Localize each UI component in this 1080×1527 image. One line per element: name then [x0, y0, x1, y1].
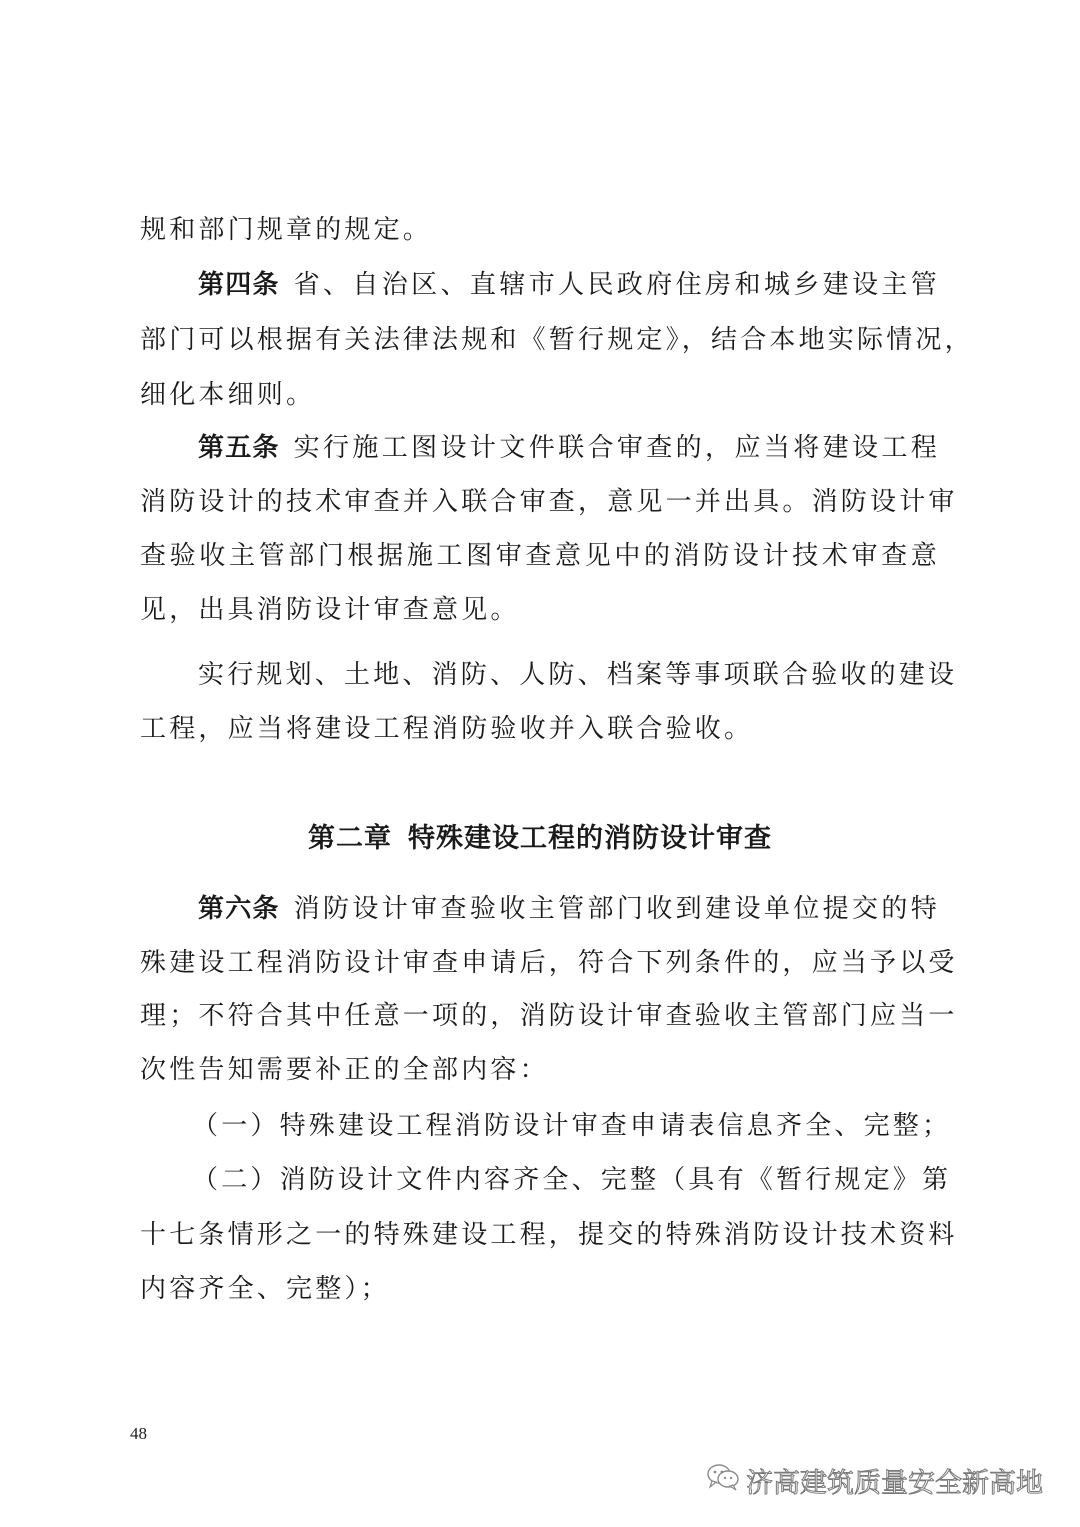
line-text: 规和部门规章的规定。: [140, 215, 432, 245]
document-page: 规和部门规章的规定。 第四条省、自治区、直辖市人民政府住房和城乡建设主管 部门可…: [0, 0, 1080, 1527]
chapter-heading: 第二章特殊建设工程的消防设计审查: [0, 821, 1080, 857]
line-text: 部门可以根据有关法律法规和《暂行规定》，结合本地实际情况，: [140, 325, 974, 355]
list-item-1: （一）特殊建设工程消防设计审查申请表信息齐全、完整；: [192, 1109, 940, 1143]
line-text: （一）特殊建设工程消防设计审查申请表信息齐全、完整；: [192, 1111, 951, 1141]
paragraph-line: 次性告知需要补正的全部内容：: [140, 1053, 940, 1087]
paragraph-line: 部门可以根据有关法律法规和《暂行规定》，结合本地实际情况，: [140, 323, 940, 357]
paragraph-line: 十七条情形之一的特殊建设工程，提交的特殊消防设计技术资料: [140, 1218, 940, 1252]
watermark-text: 济高建筑质量安全新高地: [746, 1461, 1043, 1500]
paragraph-line: 规和部门规章的规定。: [140, 213, 940, 247]
line-text: 实行施工图设计文件联合审查的，应当将建设工程: [294, 433, 940, 463]
paragraph-line: 实行规划、土地、消防、人防、档案等事项联合验收的建设: [198, 658, 940, 692]
article-4-line: 第四条省、自治区、直辖市人民政府住房和城乡建设主管: [198, 268, 940, 302]
line-text: 细化本细则。: [140, 380, 315, 410]
paragraph-line: 消防设计的技术审查并入联合审查，意见一并出具。消防设计审: [140, 485, 940, 519]
line-text: 理；不符合其中任意一项的，消防设计审查验收主管部门应当一: [140, 1001, 958, 1031]
page-number: 48: [130, 1424, 147, 1444]
line-text: 工程，应当将建设工程消防验收并入联合验收。: [140, 714, 753, 744]
line-text: （二）消防设计文件内容齐全、完整（具有《暂行规定》第: [192, 1165, 951, 1195]
paragraph-line: 查验收主管部门根据施工图审查意见中的消防设计技术审查意: [140, 539, 940, 573]
line-text: 省、自治区、直辖市人民政府住房和城乡建设主管: [294, 270, 940, 300]
line-text: 殊建设工程消防设计审查申请后，符合下列条件的，应当予以受: [140, 948, 958, 978]
line-text: 见，出具消防设计审查意见。: [140, 595, 520, 625]
line-text: 次性告知需要补正的全部内容：: [140, 1055, 549, 1085]
line-text: 十七条情形之一的特殊建设工程，提交的特殊消防设计技术资料: [140, 1220, 958, 1250]
line-text: 内容齐全、完整）；: [140, 1274, 390, 1304]
line-text: 消防设计的技术审查并入联合审查，意见一并出具。消防设计审: [140, 487, 958, 517]
list-item-2: （二）消防设计文件内容齐全、完整（具有《暂行规定》第: [192, 1163, 940, 1197]
paragraph-line: 内容齐全、完整）；: [140, 1272, 940, 1306]
line-text: 实行规划、土地、消防、人防、档案等事项联合验收的建设: [198, 660, 957, 690]
paragraph-line: 殊建设工程消防设计审查申请后，符合下列条件的，应当予以受: [140, 946, 940, 980]
article-5-line: 第五条实行施工图设计文件联合审查的，应当将建设工程: [198, 431, 940, 465]
article-number-4: 第四条: [198, 270, 280, 300]
wechat-icon: [706, 1462, 746, 1499]
chapter-title: 特殊建设工程的消防设计审查: [408, 823, 772, 854]
paragraph-line: 理；不符合其中任意一项的，消防设计审查验收主管部门应当一: [140, 999, 940, 1033]
watermark: 济高建筑质量安全新高地: [706, 1460, 1043, 1500]
line-text: 查验收主管部门根据施工图审查意见中的消防设计技术审查意: [140, 541, 940, 571]
paragraph-line: 见，出具消防设计审查意见。: [140, 593, 940, 627]
article-number-6: 第六条: [198, 894, 280, 924]
article-6-line: 第六条消防设计审查验收主管部门收到建设单位提交的特: [198, 892, 940, 926]
paragraph-line: 细化本细则。: [140, 378, 940, 412]
line-text: 消防设计审查验收主管部门收到建设单位提交的特: [294, 894, 940, 924]
chapter-number: 第二章: [308, 823, 392, 854]
paragraph-line: 工程，应当将建设工程消防验收并入联合验收。: [140, 712, 940, 746]
article-number-5: 第五条: [198, 433, 280, 463]
